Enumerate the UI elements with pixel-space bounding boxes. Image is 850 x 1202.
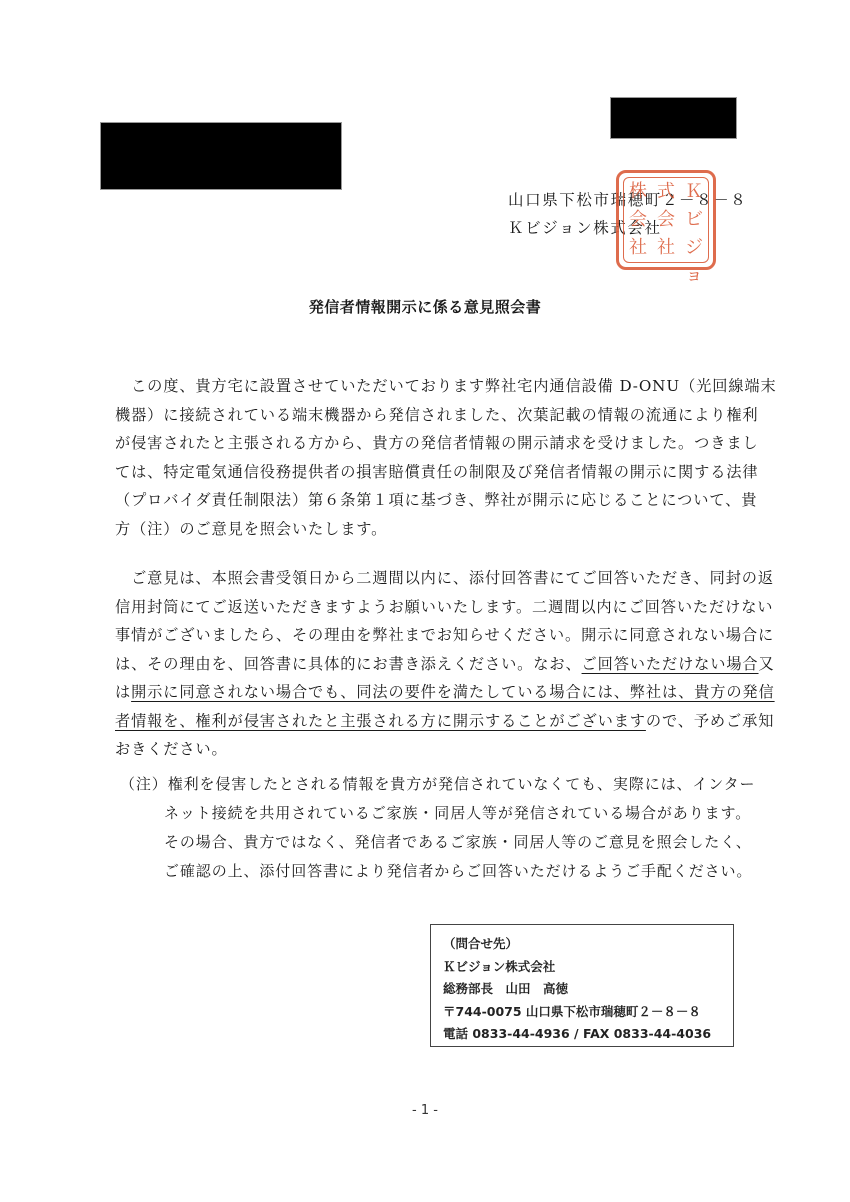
contact-box: （問合せ先） Ｋビジョン株式会社 総務部長 山田 高徳 〒744-0075 山口… [430, 924, 734, 1047]
note-line: その場合、貴方ではなく、発信者であるご家族・同居人等のご意見を照会したく、 [120, 828, 755, 857]
seal-char: ジョ [680, 234, 708, 290]
company-seal-stamp: 株 式 Ｋ 会 会 ビ 社 社 ジョ [616, 170, 716, 270]
contact-address: 〒744-0075 山口県下松市瑞穂町２－８－８ [443, 1001, 733, 1024]
paragraph-line: ご意見は、本照会書受領日から二週間以内に、添付回答書にてご回答いただき、同封の返 [115, 564, 745, 593]
seal-char: 式 [652, 178, 680, 206]
paragraph-line: は、その理由を、回答書に具体的にお書き添えください。なお、ご回答いただけない場合… [115, 650, 745, 679]
paragraph-line: ては、特定電気通信役務提供者の損害賠償責任の制限及び発信者情報の開示に関する法律 [115, 458, 745, 487]
text: は、その理由を、回答書に具体的にお書き添えください。なお、 [115, 655, 582, 673]
contact-phone-fax: 電話 0833-44-4936 / FAX 0833-44-4036 [443, 1023, 733, 1046]
paragraph-line: おきください。 [115, 735, 745, 764]
paragraph-2: ご意見は、本照会書受領日から二週間以内に、添付回答書にてご回答いただき、同封の返… [115, 564, 745, 764]
paragraph-line: この度、貴方宅に設置させていただいております弊社宅内通信設備 D-ONU（光回線… [115, 372, 745, 401]
paragraph-1: この度、貴方宅に設置させていただいております弊社宅内通信設備 D-ONU（光回線… [115, 372, 745, 543]
seal-char: 社 [624, 234, 652, 290]
seal-char: 会 [652, 206, 680, 234]
seal-char: ビ [680, 206, 708, 234]
contact-heading: （問合せ先） [443, 933, 733, 956]
paragraph-line: 機器）に接続されている端末機器から発信されました、次葉記載の情報の流通により権利 [115, 401, 745, 430]
paragraph-line: （プロバイダ責任制限法）第６条第１項に基づき、弊社が開示に応じることについて、貴 [115, 486, 745, 515]
contact-company: Ｋビジョン株式会社 [443, 956, 733, 979]
underlined-text: 者情報を、権利が侵害されたと主張される方に開示することがございます [115, 712, 646, 730]
seal-char: 社 [652, 234, 680, 290]
paragraph-line: は開示に同意されない場合でも、同法の要件を満たしている場合には、弊社は、貴方の発… [115, 678, 745, 707]
paragraph-line: 方（注）のご意見を照会いたします。 [115, 515, 745, 544]
paragraph-line: 者情報を、権利が侵害されたと主張される方に開示することがございますので、予めご承… [115, 707, 745, 736]
document-title: 発信者情報開示に係る意見照会書 [0, 296, 850, 317]
redaction-date [610, 97, 737, 139]
paragraph-line: 事情がございましたら、その理由を弊社までお知らせください。開示に同意されない場合… [115, 621, 745, 650]
note-line: ご確認の上、添付回答書により発信者からご回答いただけるようご手配ください。 [120, 857, 755, 886]
contact-person: 総務部長 山田 高徳 [443, 978, 733, 1001]
text: ので、予めご承知 [646, 712, 774, 730]
note-line: ネット接続を共用されているご家族・同居人等が発信されている場合があります。 [120, 799, 755, 828]
paragraph-line: 信用封筒にてご返送いただきますようお願いいたします。二週間以内にご回答いただけな… [115, 593, 745, 622]
text: は [115, 683, 131, 701]
note-label: （注） [120, 775, 168, 793]
note-block: （注）権利を侵害したとされる情報を貴方が発信されていなくても、実際には、インター… [120, 770, 755, 886]
text: 権利を侵害したとされる情報を貴方が発信されていなくても、実際には、インター [168, 775, 756, 793]
note-line: （注）権利を侵害したとされる情報を貴方が発信されていなくても、実際には、インター [120, 770, 755, 799]
paragraph-line: が侵害されたと主張される方から、貴方の発信者情報の開示請求を受けました。つきまし [115, 429, 745, 458]
text: 又 [759, 655, 775, 673]
seal-char: Ｋ [680, 178, 708, 206]
redaction-recipient [100, 122, 342, 190]
page-number: - 1 - [0, 1103, 850, 1118]
underlined-text: 開示に同意されない場合でも、同法の要件を満たしている場合には、弊社は、貴方の発信 [131, 683, 775, 701]
seal-char: 株 [624, 178, 652, 206]
seal-char: 会 [624, 206, 652, 234]
underlined-text: ご回答いただけない場合 [582, 655, 759, 673]
